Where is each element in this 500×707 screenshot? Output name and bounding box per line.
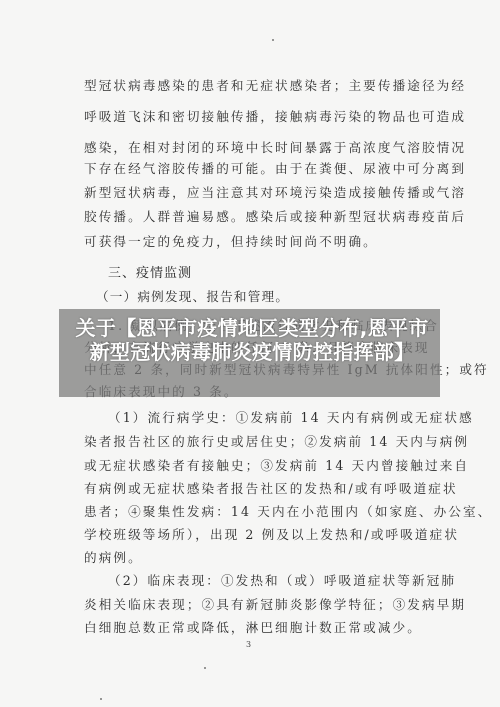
body-line: 的病例。 (84, 550, 418, 566)
body-line: 或无症状感染者有接触史；③发病前 14 天内曾接触过来自 (84, 458, 418, 474)
section-heading: 三、疫情监测 (108, 266, 442, 282)
subsection-heading: （一）病例发现、报告和管理。 (96, 289, 430, 305)
body-line: 胶传播。人群普遍易感。感染后或接种新型冠状病毒疫苗后 (84, 209, 418, 225)
body-line: 染者报告社区的旅行史或居住史；②发病前 14 天内与病例 (84, 434, 418, 450)
body-line: 感染，在相对封闭的环境中长时间暴露于高浓度气溶胶情况 (84, 140, 418, 156)
body-line: （2）临床表现：①发热和（或）呼吸道症状等新冠肺 (108, 573, 418, 589)
overlay-title[interactable]: 关于【恩平市疫情地区类型分布,恩平市新型冠状病毒肺炎疫情防控指挥部】 (66, 316, 438, 364)
body-line: 型冠状病毒感染的患者和无症状感染者；主要传播途径为经 (84, 78, 418, 94)
scan-speck (204, 667, 206, 669)
body-line: 下存在经气溶胶传播的可能。由于在粪便、尿液中可分离到 (84, 161, 418, 177)
body-line: （1）流行病学史：①发病前 14 天内有病例或无症状感 (108, 410, 418, 426)
body-line: 学校班级等场所），出现 2 例及以上发热和/或呼吸道症状 (84, 527, 418, 543)
body-line: 有病例或无症状感染者报告社区的发热和/或有呼吸道症状 (84, 481, 418, 497)
body-line: 患者；④聚集性发病：14 天内在小范围内（如家庭、办公室、 (84, 504, 418, 520)
body-line: 炎相关临床表现；②具有新冠肺炎影像学特征；③发病早期 (84, 597, 418, 613)
body-line: 呼吸道飞沫和密切接触传播，接触病毒污染的物品也可造成 (84, 109, 418, 125)
body-line: 新型冠状病毒，应当注意其对环境污染造成接触传播或气溶 (84, 185, 418, 201)
scan-speck (272, 39, 274, 41)
scan-speck (100, 698, 102, 700)
page-number: 3 (246, 640, 251, 649)
body-line: 可获得一定的免疫力，但持续时间尚不明确。 (84, 234, 418, 250)
body-line: 白细胞总数正常或降低，淋巴细胞计数正常或减少。 (84, 620, 418, 636)
